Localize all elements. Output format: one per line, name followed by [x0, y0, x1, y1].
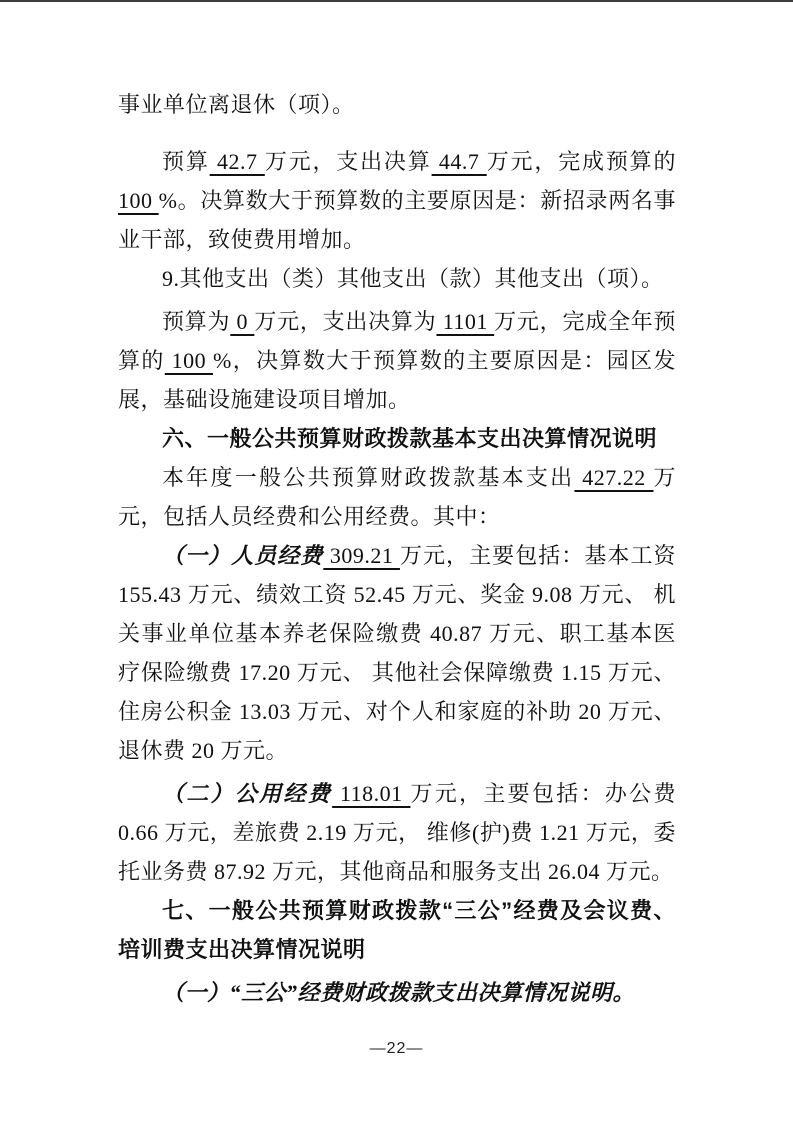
text-run: 预算为 [162, 309, 230, 334]
paragraph: 预算为 0 万元，支出决算为 1101 万元，完成全年预算的 100 %，决算数… [118, 302, 676, 419]
paragraph: 事业单位离退休（项）。 [118, 85, 676, 124]
section-heading: 六、一般公共预算财政拨款基本支出决算情况说明 [118, 419, 676, 458]
underlined-value: 100 [118, 188, 159, 213]
text-run: 万元，支出决算 [265, 149, 432, 174]
document-page: 事业单位离退休（项）。预算 42.7 万元，支出决算 44.7 万元，完成预算的… [0, 0, 793, 1122]
text-run: 事业单位离退休（项）。 [118, 92, 355, 117]
text-run: 万元，支出决算为 [254, 309, 436, 334]
paragraph: （一）人员经费 309.21 万元，主要包括：基本工资 155.43 万元、绩效… [118, 536, 676, 770]
paragraph: 本年度一般公共预算财政拨款基本支出 427.22 万元，包括人员经费和公用经费。… [118, 458, 676, 536]
underlined-value: 309.21 [323, 543, 400, 568]
section-heading: 七、一般公共预算财政拨款“三公”经费及会议费、培训费支出决算情况说明 [118, 891, 676, 969]
text-run: %。决算数大于预算数的主要原因是：新招录两名事业干部，致使费用增加。 [118, 188, 676, 252]
underlined-value: 427.22 [574, 465, 653, 490]
text-run: 本年度一般公共预算财政拨款基本支出 [162, 465, 574, 490]
text-run: 万元，完成预算的 [487, 149, 676, 174]
paragraph: （一）“三公”经费财政拨款支出决算情况说明。 [118, 973, 676, 1012]
scan-edge-line [0, 0, 793, 2]
underlined-value: 0 [230, 309, 254, 334]
text-run: 预算 [162, 149, 210, 174]
text-run: 六、一般公共预算财政拨款基本支出决算情况说明 [162, 426, 657, 451]
underlined-value: 44.7 [432, 149, 487, 174]
paragraph: （二）公用经费 118.01 万元，主要包括：办公费 0.66 万元，差旅费 2… [118, 774, 676, 891]
text-run: 万元，主要包括：基本工资 155.43 万元、绩效工资 52.45 万元、奖金 … [118, 543, 676, 763]
text-run: （一）“三公”经费财政拨款支出决算情况说明。 [162, 980, 635, 1005]
text-run: （一）人员经费 [162, 543, 323, 568]
underlined-value: 42.7 [210, 149, 265, 174]
text-run: 9.其他支出（类）其他支出（款）其他支出（项）。 [162, 266, 664, 291]
underlined-value: 118.01 [332, 781, 410, 806]
paragraph: 预算 42.7 万元，支出决算 44.7 万元，完成预算的100 %。决算数大于… [118, 142, 676, 259]
text-run: （二）公用经费 [162, 781, 332, 806]
underlined-value: 100 [165, 348, 213, 373]
page-number: —22— [370, 1040, 424, 1057]
underlined-value: 1101 [436, 309, 494, 334]
text-run: 七、一般公共预算财政拨款“三公”经费及会议费、培训费支出决算情况说明 [118, 898, 676, 962]
page-footer: —22— [0, 1040, 793, 1058]
paragraph: 9.其他支出（类）其他支出（款）其他支出（项）。 [118, 259, 676, 298]
document-content: 事业单位离退休（项）。预算 42.7 万元，支出决算 44.7 万元，完成预算的… [118, 85, 676, 1012]
